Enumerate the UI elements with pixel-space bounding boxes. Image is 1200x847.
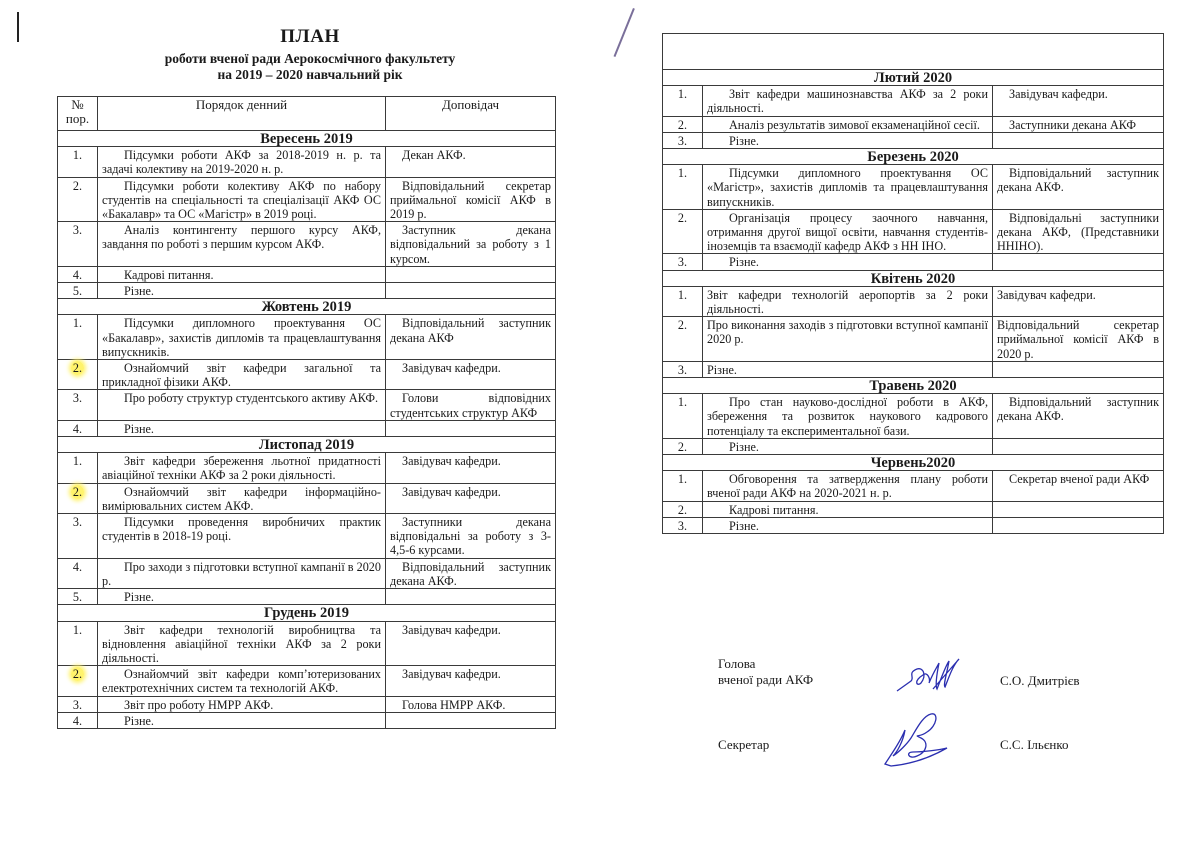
speaker: Заступники декана АКФ bbox=[993, 116, 1164, 132]
agenda-topic: Звіт кафедри збереження льотної придатно… bbox=[98, 453, 386, 483]
month-heading: Жовтень 2019 bbox=[58, 299, 556, 315]
item-number: 1. bbox=[58, 621, 98, 666]
item-number: 1. bbox=[663, 286, 703, 316]
agenda-topic: Звіт кафедри технологій аеропортів за 2 … bbox=[703, 286, 993, 316]
table-row: 1.Звіт кафедри технологій аеропортів за … bbox=[663, 286, 1164, 316]
item-number: 3. bbox=[663, 361, 703, 377]
item-number: 2. bbox=[663, 501, 703, 517]
month-row: Червень2020 bbox=[663, 455, 1164, 471]
table-row: 1.Звіт кафедри технологій виробництва та… bbox=[58, 621, 556, 666]
item-number: 2. bbox=[58, 360, 98, 390]
item-number: 1. bbox=[663, 471, 703, 501]
table-row: 2.Аналіз результатів зимової екзаменацій… bbox=[663, 116, 1164, 132]
month-row: Жовтень 2019 bbox=[58, 299, 556, 315]
agenda-topic: Підсумки проведення виробничих практик с… bbox=[98, 514, 386, 559]
agenda-topic: Кадрові питання. bbox=[98, 266, 386, 282]
table-row: 1.Про стан науково-дослідної роботи в АК… bbox=[663, 394, 1164, 439]
header-agenda: Порядок денний bbox=[98, 97, 386, 131]
item-number: 5. bbox=[58, 589, 98, 605]
month-heading: Вересень 2019 bbox=[58, 131, 556, 147]
month-heading: Червень2020 bbox=[663, 455, 1164, 471]
item-number: 2. bbox=[663, 317, 703, 362]
item-number: 2. bbox=[663, 116, 703, 132]
table-row: 5.Різне. bbox=[58, 589, 556, 605]
speaker: Завідувач кафедри. bbox=[993, 86, 1164, 116]
agenda-topic: Підсумки роботи колективу АКФ по набору … bbox=[98, 177, 386, 222]
speaker: Заступники декана відповідальні за робот… bbox=[386, 514, 556, 559]
agenda-topic: Різне. bbox=[98, 589, 386, 605]
item-number: 2. bbox=[663, 438, 703, 454]
highlighted-number: 2. bbox=[71, 667, 84, 681]
head-name: С.О. Дмитрієв bbox=[1000, 673, 1080, 689]
speaker: Відповідальний заступник декана АКФ bbox=[386, 315, 556, 360]
item-number: 2. bbox=[58, 483, 98, 513]
item-number: 1. bbox=[58, 453, 98, 483]
document-header: ПЛАН роботи вченої ради Аерокосмічного ф… bbox=[60, 26, 560, 83]
speaker: Відповідальні заступники декана АКФ, (Пр… bbox=[993, 209, 1164, 254]
month-row: Грудень 2019 bbox=[58, 605, 556, 621]
agenda-topic: Підсумки дипломного проектування ОС «Бак… bbox=[98, 315, 386, 360]
speaker: Секретар вченої ради АКФ bbox=[993, 471, 1164, 501]
agenda-topic: Різне. bbox=[703, 254, 993, 270]
table-row: 2.Про виконання заходів з підготовки вст… bbox=[663, 317, 1164, 362]
month-heading: Травень 2020 bbox=[663, 378, 1164, 394]
item-number: 1. bbox=[663, 165, 703, 210]
agenda-topic: Різне. bbox=[98, 283, 386, 299]
item-number: 4. bbox=[58, 266, 98, 282]
agenda-topic: Звіт про роботу НМРР АКФ. bbox=[98, 696, 386, 712]
agenda-topic: Ознайомчий звіт кафедри загальної та при… bbox=[98, 360, 386, 390]
agenda-topic: Організація процесу заочного навчання, о… bbox=[703, 209, 993, 254]
speaker: Завідувач кафедри. bbox=[386, 666, 556, 696]
speaker: Голова НМРР АКФ. bbox=[386, 696, 556, 712]
speaker bbox=[993, 132, 1164, 148]
speaker bbox=[993, 254, 1164, 270]
plan-table-right: Лютий 20201.Звіт кафедри машинознавства … bbox=[662, 33, 1164, 534]
table-row: 1.Підсумки дипломного проектування ОС «Б… bbox=[58, 315, 556, 360]
table-row: 4.Про заходи з підготовки вступної кампа… bbox=[58, 558, 556, 588]
agenda-topic: Про роботу структур студентського активу… bbox=[98, 390, 386, 420]
table-row: 2.Ознайомчий звіт кафедри інформаційно-в… bbox=[58, 483, 556, 513]
item-number: 4. bbox=[58, 420, 98, 436]
speaker bbox=[993, 361, 1164, 377]
highlighted-number: 2. bbox=[71, 485, 84, 499]
document-subtitle-2: на 2019 – 2020 навчальний рік bbox=[60, 67, 560, 83]
speaker bbox=[386, 420, 556, 436]
header-num: № пор. bbox=[58, 97, 98, 131]
speaker: Відповідальний секретар приймальної комі… bbox=[993, 317, 1164, 362]
item-number: 5. bbox=[58, 283, 98, 299]
head-signature-icon bbox=[893, 655, 973, 695]
secretary-signature-icon bbox=[883, 712, 963, 768]
agenda-topic: Звіт кафедри машинознавства АКФ за 2 рок… bbox=[703, 86, 993, 116]
month-row: Березень 2020 bbox=[663, 149, 1164, 165]
blank-top-row bbox=[663, 34, 1164, 70]
speaker: Відповідальний заступник декана АКФ. bbox=[993, 394, 1164, 439]
table-row: 4.Різне. bbox=[58, 712, 556, 728]
table-row: 2.Кадрові питання. bbox=[663, 501, 1164, 517]
table-row: 3.Про роботу структур студентського акти… bbox=[58, 390, 556, 420]
month-row: Квітень 2020 bbox=[663, 270, 1164, 286]
month-heading: Березень 2020 bbox=[663, 149, 1164, 165]
item-number: 1. bbox=[58, 315, 98, 360]
highlighted-number: 2. bbox=[71, 361, 84, 375]
speaker bbox=[386, 283, 556, 299]
month-heading: Квітень 2020 bbox=[663, 270, 1164, 286]
month-row: Вересень 2019 bbox=[58, 131, 556, 147]
document-subtitle-1: роботи вченої ради Аерокосмічного факуль… bbox=[60, 51, 560, 67]
speaker: Голови відповідних студентських структур… bbox=[386, 390, 556, 420]
table-row: 2.Ознайомчий звіт кафедри комп’ютеризова… bbox=[58, 666, 556, 696]
speaker: Завідувач кафедри. bbox=[386, 621, 556, 666]
table-row: 4.Різне. bbox=[58, 420, 556, 436]
month-heading: Грудень 2019 bbox=[58, 605, 556, 621]
speaker bbox=[386, 712, 556, 728]
table-row: 2.Організація процесу заочного навчання,… bbox=[663, 209, 1164, 254]
agenda-topic: Підсумки роботи АКФ за 2018-2019 н. р. т… bbox=[98, 147, 386, 177]
item-number: 3. bbox=[58, 514, 98, 559]
agenda-topic: Обговорення та затвердження плану роботи… bbox=[703, 471, 993, 501]
item-number: 4. bbox=[58, 558, 98, 588]
item-number: 2. bbox=[663, 209, 703, 254]
speaker: Відповідальний заступник декана АКФ. bbox=[993, 165, 1164, 210]
table-row: 5.Різне. bbox=[58, 283, 556, 299]
agenda-topic: Звіт кафедри технологій виробництва та в… bbox=[98, 621, 386, 666]
document-title: ПЛАН bbox=[60, 26, 560, 48]
table-row: 2.Різне. bbox=[663, 438, 1164, 454]
table-row: 2.Підсумки роботи колективу АКФ по набор… bbox=[58, 177, 556, 222]
table-row: 3.Підсумки проведення виробничих практик… bbox=[58, 514, 556, 559]
item-number: 3. bbox=[58, 222, 98, 267]
month-row: Листопад 2019 bbox=[58, 437, 556, 453]
table-row: 3.Різне. bbox=[663, 132, 1164, 148]
speaker: Завідувач кафедри. bbox=[386, 483, 556, 513]
item-number: 3. bbox=[58, 390, 98, 420]
scan-mark bbox=[17, 12, 19, 42]
agenda-topic: Різне. bbox=[98, 712, 386, 728]
speaker: Відповідальний заступник декана АКФ. bbox=[386, 558, 556, 588]
item-number: 2. bbox=[58, 666, 98, 696]
speaker: Завідувач кафедри. bbox=[386, 360, 556, 390]
pen-mark bbox=[614, 8, 635, 57]
table-row: 4.Кадрові питання. bbox=[58, 266, 556, 282]
agenda-topic: Різне. bbox=[98, 420, 386, 436]
speaker bbox=[993, 517, 1164, 533]
item-number: 3. bbox=[663, 254, 703, 270]
speaker: Заступник декана відповідальний за робот… bbox=[386, 222, 556, 267]
agenda-topic: Про виконання заходів з підготовки вступ… bbox=[703, 317, 993, 362]
speaker: Відповідальний секретар приймальної комі… bbox=[386, 177, 556, 222]
header-speaker: Доповідач bbox=[386, 97, 556, 131]
table-header-row: № пор. Порядок денний Доповідач bbox=[58, 97, 556, 131]
item-number: 4. bbox=[58, 712, 98, 728]
agenda-topic: Про заходи з підготовки вступної кампані… bbox=[98, 558, 386, 588]
speaker bbox=[993, 438, 1164, 454]
item-number: 1. bbox=[663, 394, 703, 439]
item-number: 3. bbox=[663, 517, 703, 533]
secretary-name: С.С. Ільєнко bbox=[1000, 737, 1069, 753]
speaker bbox=[386, 266, 556, 282]
agenda-topic: Ознайомчий звіт кафедри комп’ютеризовани… bbox=[98, 666, 386, 696]
table-row: 3.Різне. bbox=[663, 254, 1164, 270]
item-number: 3. bbox=[663, 132, 703, 148]
month-row: Лютий 2020 bbox=[663, 70, 1164, 86]
head-role: Голова вченої ради АКФ bbox=[718, 656, 813, 688]
agenda-topic: Аналіз контингенту першого курсу АКФ, за… bbox=[98, 222, 386, 267]
plan-table-left: № пор. Порядок денний Доповідач Вересень… bbox=[57, 96, 556, 729]
speaker: Завідувач кафедри. bbox=[993, 286, 1164, 316]
secretary-role: Секретар bbox=[718, 737, 769, 753]
table-row: 3.Аналіз контингенту першого курсу АКФ, … bbox=[58, 222, 556, 267]
agenda-topic: Аналіз результатів зимової екзаменаційно… bbox=[703, 116, 993, 132]
item-number: 2. bbox=[58, 177, 98, 222]
table-row: 3.Різне. bbox=[663, 517, 1164, 533]
table-row: 1.Обговорення та затвердження плану робо… bbox=[663, 471, 1164, 501]
agenda-topic: Про стан науково-дослідної роботи в АКФ,… bbox=[703, 394, 993, 439]
table-row: 3.Різне. bbox=[663, 361, 1164, 377]
item-number: 1. bbox=[663, 86, 703, 116]
table-row: 1.Підсумки роботи АКФ за 2018-2019 н. р.… bbox=[58, 147, 556, 177]
agenda-topic: Різне. bbox=[703, 132, 993, 148]
agenda-topic: Різне. bbox=[703, 361, 993, 377]
agenda-topic: Підсумки дипломного проектування ОС «Маг… bbox=[703, 165, 993, 210]
item-number: 3. bbox=[58, 696, 98, 712]
month-heading: Лютий 2020 bbox=[663, 70, 1164, 86]
table-row: 2.Ознайомчий звіт кафедри загальної та п… bbox=[58, 360, 556, 390]
item-number: 1. bbox=[58, 147, 98, 177]
table-row: 1.Звіт кафедри машинознавства АКФ за 2 р… bbox=[663, 86, 1164, 116]
speaker bbox=[993, 501, 1164, 517]
agenda-topic: Різне. bbox=[703, 517, 993, 533]
agenda-topic: Кадрові питання. bbox=[703, 501, 993, 517]
table-row: 1.Звіт кафедри збереження льотної придат… bbox=[58, 453, 556, 483]
month-heading: Листопад 2019 bbox=[58, 437, 556, 453]
speaker bbox=[386, 589, 556, 605]
speaker: Завідувач кафедри. bbox=[386, 453, 556, 483]
table-row: 3.Звіт про роботу НМРР АКФ.Голова НМРР А… bbox=[58, 696, 556, 712]
month-row: Травень 2020 bbox=[663, 378, 1164, 394]
table-row: 1.Підсумки дипломного проектування ОС «М… bbox=[663, 165, 1164, 210]
speaker: Декан АКФ. bbox=[386, 147, 556, 177]
agenda-topic: Ознайомчий звіт кафедри інформаційно-вим… bbox=[98, 483, 386, 513]
agenda-topic: Різне. bbox=[703, 438, 993, 454]
